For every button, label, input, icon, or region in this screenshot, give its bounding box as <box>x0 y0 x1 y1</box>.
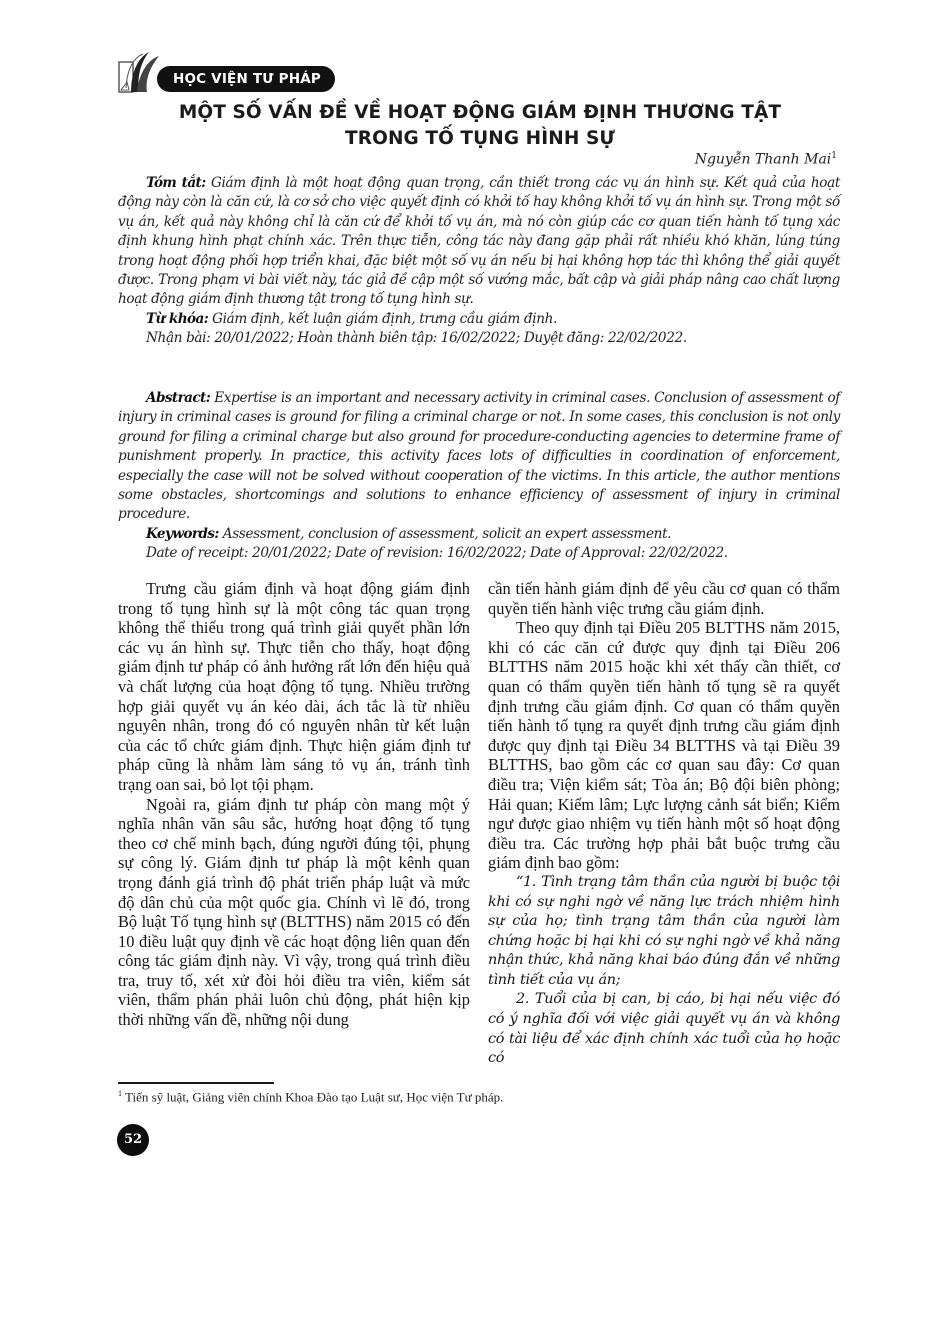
abstract-paragraph: Abstract: Expertise is an important and … <box>118 389 840 525</box>
summary-vi-paragraph: Tóm tắt: Giám định là một hoạt động quan… <box>118 174 840 310</box>
body-column-right: cần tiến hành giám định để yêu cầu cơ qu… <box>488 579 840 1069</box>
article-title-line-2: TRONG TỐ TỤNG HÌNH SỰ <box>100 128 860 149</box>
dates-en: Date of receipt: 20/01/2022; Date of rev… <box>118 544 840 563</box>
book-pages-icon <box>117 48 165 94</box>
keywords-vi-label: Từ khóa: <box>146 311 208 327</box>
footnote-text: Tiến sỹ luật, Giảng viên chính Khoa Đào … <box>122 1089 503 1104</box>
abstract-text: Expertise is an important and necessary … <box>118 390 840 522</box>
footnote: 1 Tiến sỹ luật, Giảng viên chính Khoa Đà… <box>118 1089 503 1105</box>
legal-quote: “1. Tình trạng tâm thần của người bị buộ… <box>488 873 840 991</box>
body-paragraph: cần tiến hành giám định để yêu cầu cơ qu… <box>488 579 840 618</box>
keywords-en-label: Keywords: <box>146 526 219 542</box>
author-name: Nguyễn Thanh Mai1 <box>695 151 837 168</box>
keywords-en: Keywords: Assessment, conclusion of asse… <box>118 525 840 544</box>
author-footnote-mark[interactable]: 1 <box>831 151 837 161</box>
body-paragraph: Trưng cầu giám định và hoạt động giám đị… <box>118 579 470 795</box>
journal-header: HỌC VIỆN TƯ PHÁP <box>117 48 357 94</box>
footnote-divider <box>118 1082 274 1084</box>
summary-vi-label: Tóm tắt: <box>146 175 206 191</box>
body-paragraph: Ngoài ra, giám định tư pháp còn mang một… <box>118 795 470 1030</box>
keywords-vi: Từ khóa: Giám định, kết luận giám định, … <box>118 310 840 329</box>
legal-quote: 2. Tuổi của bị can, bị cáo, bị hại nếu v… <box>488 990 840 1068</box>
summary-vietnamese: Tóm tắt: Giám định là một hoạt động quan… <box>118 174 840 349</box>
author-name-text: Nguyễn Thanh Mai <box>695 152 832 168</box>
keywords-en-text: Assessment, conclusion of assessment, so… <box>219 526 671 542</box>
body-column-left: Trưng cầu giám định và hoạt động giám đị… <box>118 579 470 1030</box>
page-number: 52 <box>117 1124 149 1156</box>
summary-vi-text: Giám định là một hoạt động quan trọng, c… <box>118 175 840 307</box>
journal-page: HỌC VIỆN TƯ PHÁP MỘT SỐ VẤN ĐỀ VỀ HOẠT Đ… <box>0 0 943 1333</box>
body-paragraph: Theo quy định tại Điều 205 BLTTHS năm 20… <box>488 618 840 873</box>
summary-english: Abstract: Expertise is an important and … <box>118 389 840 564</box>
article-title-line-1: MỘT SỐ VẤN ĐỀ VỀ HOẠT ĐỘNG GIÁM ĐỊNH THƯ… <box>100 102 860 123</box>
journal-name-badge: HỌC VIỆN TƯ PHÁP <box>157 66 335 92</box>
keywords-vi-text: Giám định, kết luận giám định, trưng cầu… <box>208 311 557 327</box>
abstract-label: Abstract: <box>146 390 210 406</box>
dates-vi: Nhận bài: 20/01/2022; Hoàn thành biên tậ… <box>118 329 840 348</box>
